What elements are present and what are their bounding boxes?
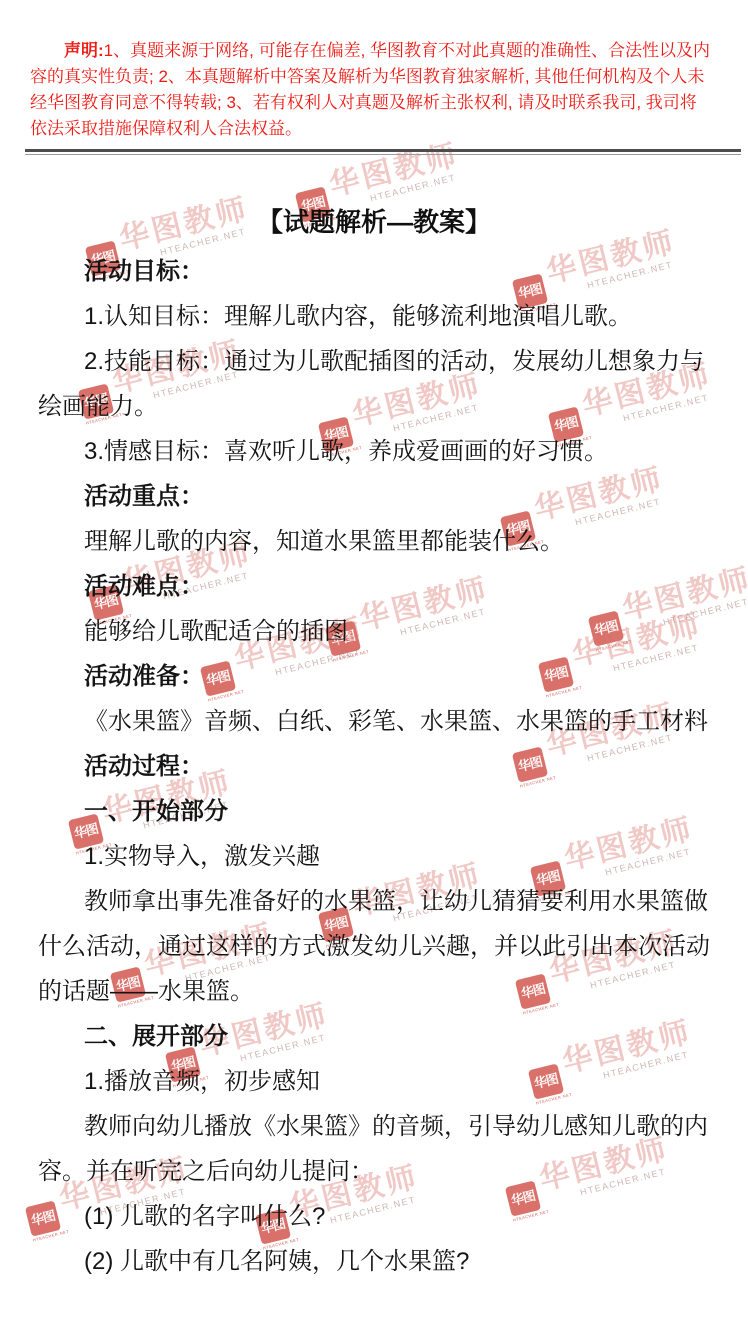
text-line: (2) 儿歌中有几名阿姨，几个水果篮? (38, 1239, 718, 1284)
section-heading-line: 活动重点： (38, 474, 718, 519)
text-line: 教师拿出事先准备好的水果篮，让幼儿猜猜要利用水果篮做 (38, 879, 718, 924)
section-heading-line: 一、开始部分 (38, 789, 718, 834)
disclaimer: 声明:1、真题来源于网络, 可能存在偏差, 华图教育不对此真题的准确性、合法性以… (30, 38, 720, 142)
lesson-plan-body: 活动目标：1.认知目标：理解儿歌内容，能够流利地演唱儿歌。2.技能目标：通过为儿… (38, 249, 718, 1284)
document-page: { "title": "【试题解析—教案】", "disclaimer": { … (0, 0, 748, 1335)
text-line: 3.情感目标：喜欢听儿歌，养成爱画画的好习惯。 (38, 429, 718, 474)
disclaimer-line: 经华图教育同意不得转载; 3、若有权利人对真题及解析主张权利, 请及时联系我司,… (30, 90, 720, 116)
disclaimer-line: 容的真实性负责; 2、本真题解析中答案及解析为华图教育独家解析, 其他任何机构及… (30, 64, 720, 90)
text-line: 1.认知目标：理解儿歌内容，能够流利地演唱儿歌。 (38, 294, 718, 339)
disclaimer-label: 声明: (64, 41, 104, 60)
text-line: 《水果篮》音频、白纸、彩笔、水果篮、水果篮的手工材料 (38, 699, 718, 744)
section-heading-line: 活动难点： (38, 564, 718, 609)
section-heading-line: 活动准备： (38, 654, 718, 699)
text-line: 2.技能目标：通过为儿歌配插图的活动，发展幼儿想象力与 (38, 339, 718, 384)
text-line: 1.实物导入，激发兴趣 (38, 834, 718, 879)
text-line: 容。并在听完之后向幼儿提问： (38, 1149, 718, 1194)
lesson-plan-document: 声明:1、真题来源于网络, 可能存在偏差, 华图教育不对此真题的准确性、合法性以… (0, 38, 748, 1284)
text-line: 绘画能力。 (38, 384, 718, 429)
disclaimer-line: 依法采取措施保障权利人合法权益。 (30, 116, 720, 142)
section-heading-line: 活动目标： (38, 249, 718, 294)
text-line: 能够给儿歌配适合的插图 (38, 609, 718, 654)
text-line: 教师向幼儿播放《水果篮》的音频，引导幼儿感知儿歌的内 (38, 1104, 718, 1149)
text-line: 什么活动，通过这样的方式激发幼儿兴趣，并以此引出本次活动 (38, 924, 718, 969)
section-divider (25, 149, 741, 155)
disclaimer-line: 声明:1、真题来源于网络, 可能存在偏差, 华图教育不对此真题的准确性、合法性以… (30, 38, 720, 64)
text-line: (1) 儿歌的名字叫什么? (38, 1194, 718, 1239)
text-line: 1.播放音频，初步感知 (38, 1059, 718, 1104)
text-line: 理解儿歌的内容，知道水果篮里都能装什么。 (38, 519, 718, 564)
page-title: 【试题解析—教案】 (0, 205, 748, 239)
section-heading-line: 二、展开部分 (38, 1014, 718, 1059)
text-line: 的话题——水果篮。 (38, 969, 718, 1014)
section-heading-line: 活动过程： (38, 744, 718, 789)
